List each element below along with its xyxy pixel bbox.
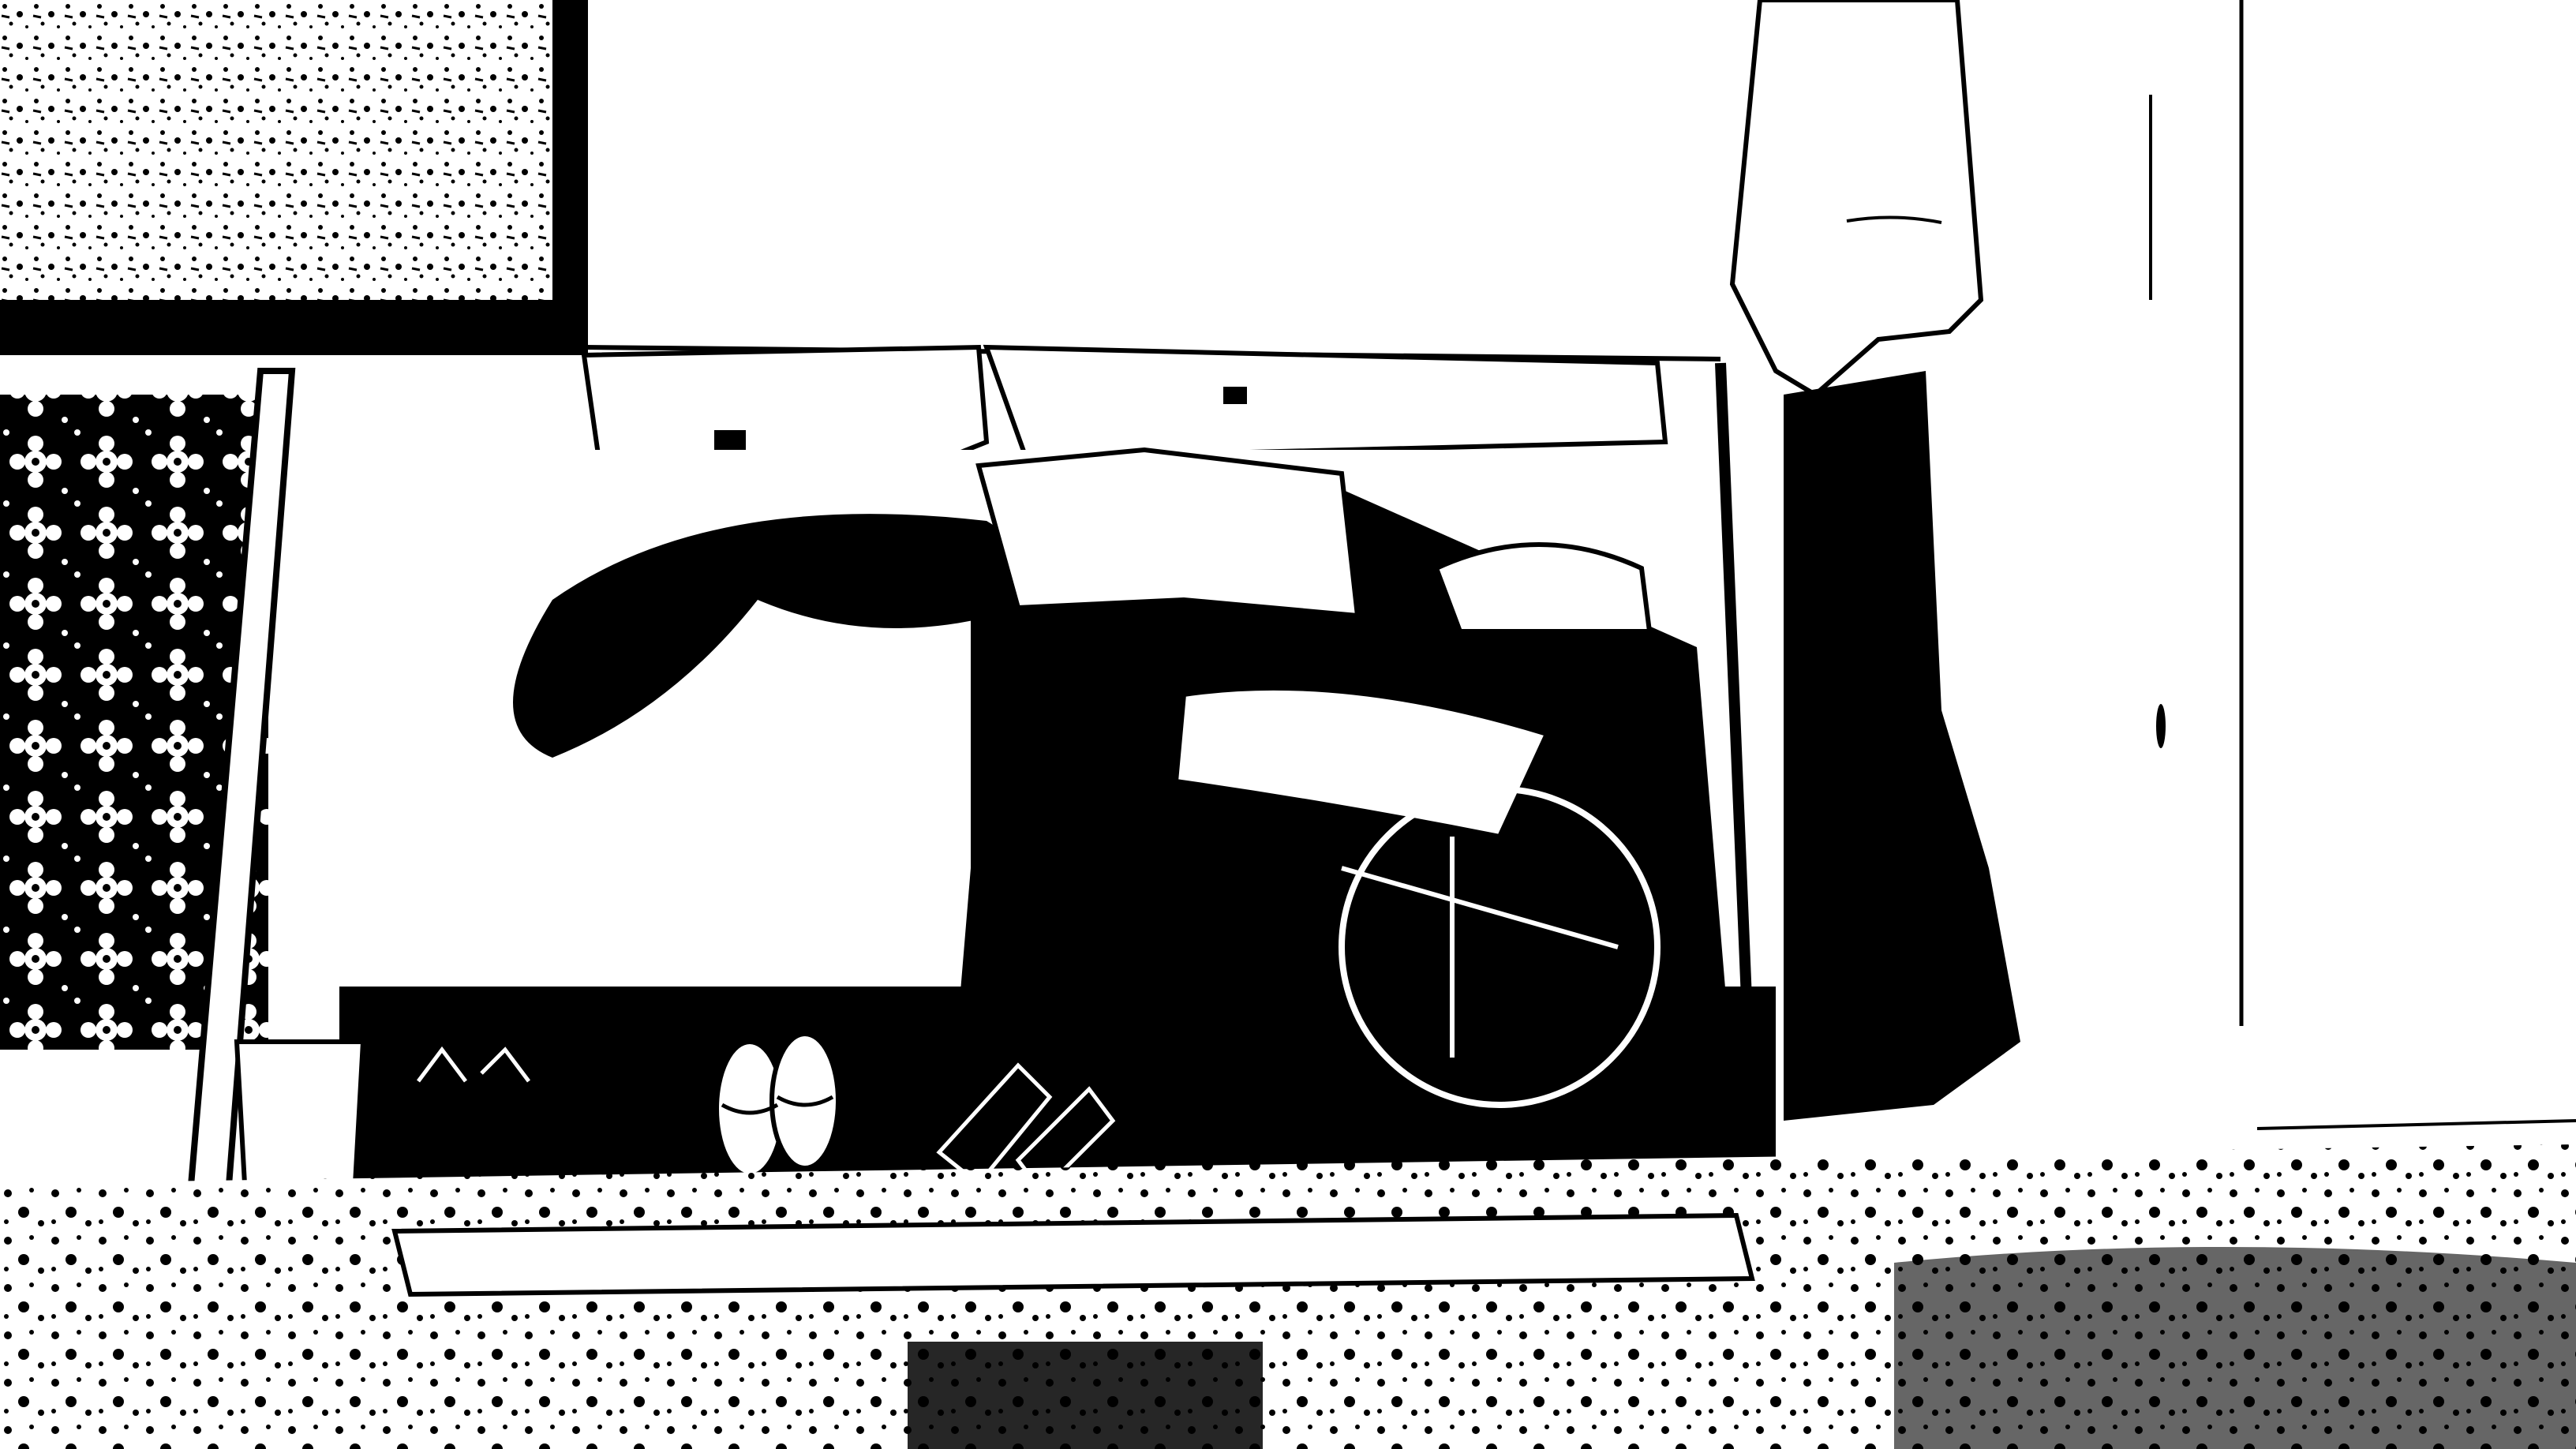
upper-left-wall	[0, 0, 588, 355]
photo-scene	[0, 0, 2576, 1449]
figure-with-cloth	[947, 450, 1736, 1168]
textured-ground	[0, 1144, 2576, 1449]
bucket	[237, 1042, 363, 1184]
